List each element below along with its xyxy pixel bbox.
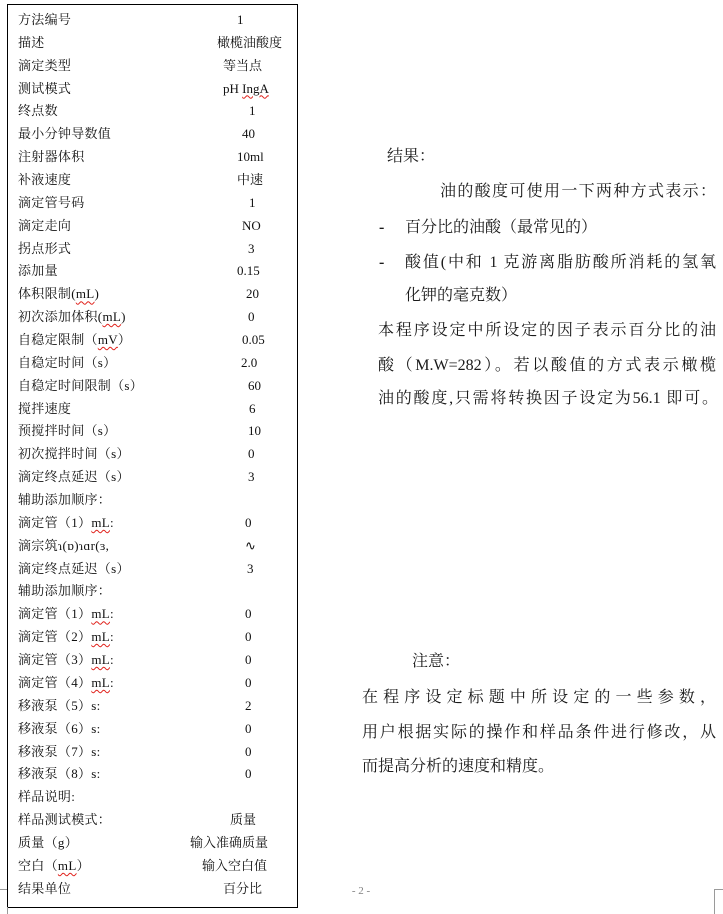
param-row-initial-stir-time: 初次搅拌时间（s）0	[8, 443, 297, 466]
param-label: 滴定管号码	[18, 192, 85, 215]
param-label: 空白（mL）	[18, 855, 90, 878]
param-label: 自稳定限制（mV）	[18, 329, 131, 352]
param-value: 3	[248, 466, 255, 489]
note-line-3: 而提高分析的速度和精度。	[362, 757, 554, 777]
spellcheck-flagged-word: mL	[91, 606, 110, 621]
param-row-addition-amount: 添加量0.15	[8, 260, 297, 283]
param-value: 40	[242, 123, 255, 146]
bullet-item-acid-value-line-2: 化钾的毫克数）	[405, 286, 517, 306]
param-value: 60	[248, 375, 261, 398]
param-label: 结果单位	[18, 878, 71, 901]
page-number: - 2 -	[347, 884, 375, 898]
param-label: 移液泵（5）s:	[18, 695, 101, 718]
param-label: 方法编号	[18, 9, 71, 32]
param-row-burette-1: 滴定管（1）mL:0	[8, 512, 297, 535]
param-value: 0	[245, 741, 252, 764]
param-row-inflection-form: 拐点形式3	[8, 238, 297, 261]
param-row-garbled: 滴宗筑ɿ(ɒ)ɿɑr(ɜ,∿	[8, 535, 297, 558]
param-label: 滴定终点延迟（s）	[18, 466, 130, 489]
param-row-stability-limit: 自稳定限制（mV）0.05	[8, 329, 297, 352]
param-section-label: 样品说明:	[18, 786, 75, 809]
note-line-1: 在程序设定标题中所设定的一些参数，	[362, 688, 716, 708]
spellcheck-flagged-word: mL	[58, 858, 77, 873]
param-label: 测试模式	[18, 78, 71, 101]
param-row-pipette-pump-6: 移液泵（6）s:0	[8, 718, 297, 741]
param-label: 滴定管（3）mL:	[18, 649, 114, 672]
param-value: 输入准确质量	[190, 832, 268, 855]
spellcheck-flagged-word: mL	[91, 675, 110, 690]
param-row-sample-test-mode: 样品测试模式：质量	[8, 809, 297, 832]
bullet-marker: -	[379, 253, 384, 273]
param-row-aux-addition-order-2: 辅助添加顺序：	[8, 580, 297, 603]
param-value: 等当点	[223, 55, 262, 78]
param-label: 添加量	[18, 260, 58, 283]
param-row-burette-number: 滴定管号码1	[8, 192, 297, 215]
param-value: NO	[242, 215, 261, 238]
param-label: 体积限制(mL)	[18, 283, 99, 306]
param-value: 1	[249, 192, 256, 215]
param-value: 0	[245, 649, 252, 672]
param-label: 描述	[18, 32, 45, 55]
method-parameter-table: 方法编号1 描述橄榄油酸度 滴定类型等当点 测试模式pH IngA 终点数1 最…	[7, 4, 298, 908]
param-value: 0.05	[242, 329, 265, 352]
param-value: 3	[247, 558, 254, 581]
param-row-initial-addition-volume: 初次添加体积(mL)0	[8, 306, 297, 329]
spellcheck-flagged-word: mL	[102, 309, 121, 324]
param-label: 自稳定时间（s）	[18, 352, 116, 375]
param-value: 0	[245, 512, 252, 535]
bullet-marker: -	[379, 218, 384, 238]
param-row-syringe-volume: 注射器体积10ml	[8, 146, 297, 169]
param-value: 20	[246, 283, 259, 306]
param-label: 自稳定时间限制（s）	[18, 375, 143, 398]
param-row-description: 描述橄榄油酸度	[8, 32, 297, 55]
param-label: 终点数	[18, 100, 58, 123]
param-row-min-derivative: 最小分钟导数值40	[8, 123, 297, 146]
param-section-label: 辅助添加顺序：	[18, 580, 111, 603]
param-row-burette-2: 滴定管（2）mL:0	[8, 626, 297, 649]
param-row-titration-direction: 滴定走向NO	[8, 215, 297, 238]
param-value: 2.0	[241, 352, 257, 375]
param-label: 滴定管（1）mL:	[18, 512, 114, 535]
param-row-pipette-pump-8: 移液泵（8）s:0	[8, 763, 297, 786]
param-label: 初次添加体积(mL)	[18, 306, 126, 329]
param-row-pipette-pump-7: 移液泵（7）s:0	[8, 741, 297, 764]
param-value: 6	[249, 398, 256, 421]
param-row-stability-time-limit: 自稳定时间限制（s）60	[8, 375, 297, 398]
param-row-blank: 空白（mL）输入空白值	[8, 855, 297, 878]
param-value: ∿	[245, 535, 256, 558]
param-value: 质量	[230, 809, 256, 832]
param-row-mass: 质量（g）输入准确质量	[8, 832, 297, 855]
param-value: 0	[245, 672, 252, 695]
results-intro: 油的酸度可使用一下两种方式表示：	[440, 182, 716, 202]
bullet-item-acid-value-line-1: 酸值(中和 1 克游离脂肪酸所消耗的氢氧	[405, 253, 716, 273]
param-value: 0	[245, 763, 252, 786]
param-label: 质量（g）	[18, 832, 78, 855]
results-paragraph-line-1: 本程序设定中所设定的因子表示百分比的油	[378, 321, 716, 341]
param-row-pre-stir-time: 预搅拌时间（s）10	[8, 420, 297, 443]
param-label: 滴定管（2）mL:	[18, 626, 114, 649]
param-value: 0	[248, 443, 255, 466]
param-row-volume-limit: 体积限制(mL)20	[8, 283, 297, 306]
param-value: 1	[249, 100, 256, 123]
param-label: 移液泵（7）s:	[18, 741, 101, 764]
param-row-pipette-pump-5: 移液泵（5）s:2	[8, 695, 297, 718]
param-value: 10ml	[237, 146, 264, 169]
crop-mark-left-horizontal	[0, 889, 7, 890]
param-row-method-number: 方法编号1	[8, 9, 297, 32]
param-label: 滴定管（1）mL:	[18, 603, 114, 626]
param-label: 滴定走向	[18, 215, 71, 238]
param-value: 中速	[237, 169, 263, 192]
param-row-sample-description: 样品说明:	[8, 786, 297, 809]
param-row-titration-type: 滴定类型等当点	[8, 55, 297, 78]
param-row-endpoint-delay-2: 滴定终点延迟（s）3	[8, 558, 297, 581]
spellcheck-flagged-word: mL	[91, 629, 110, 644]
param-row-refill-speed: 补液速度中速	[8, 169, 297, 192]
param-label: 滴定类型	[18, 55, 71, 78]
param-label: 最小分钟导数值	[18, 123, 111, 146]
param-row-test-mode: 测试模式pH IngA	[8, 78, 297, 101]
param-label: 注射器体积	[18, 146, 85, 169]
param-value: 0	[245, 626, 252, 649]
param-row-endpoint-count: 终点数1	[8, 100, 297, 123]
spellcheck-flagged-word: mL	[76, 286, 95, 301]
param-row-stir-speed: 搅拌速度6	[8, 398, 297, 421]
spellcheck-flagged-word: mV	[98, 332, 118, 347]
param-label: 搅拌速度	[18, 398, 71, 421]
param-value: 0.15	[237, 260, 260, 283]
param-row-result-unit: 结果单位百分比	[8, 878, 297, 901]
spellcheck-flagged-word: IngA	[242, 81, 269, 96]
param-value: 1	[237, 9, 244, 32]
crop-mark-left-vertical	[7, 907, 8, 914]
param-label: 移液泵（6）s:	[18, 718, 101, 741]
param-label: 样品测试模式：	[18, 809, 111, 832]
crop-mark-right-vertical	[714, 889, 715, 914]
spellcheck-flagged-word: mL	[91, 515, 110, 530]
param-row-burette-3: 滴定管（3）mL:0	[8, 649, 297, 672]
param-value: 输入空白值	[202, 855, 267, 878]
param-label: 滴宗筑ɿ(ɒ)ɿɑr(ɜ,	[18, 535, 109, 558]
param-value: 百分比	[223, 878, 262, 901]
param-value: 0	[245, 718, 252, 741]
param-label: 初次搅拌时间（s）	[18, 443, 130, 466]
results-heading: 结果：	[387, 147, 435, 167]
param-value: 10	[248, 420, 261, 443]
bullet-item-percent-oleic: 百分比的油酸（最常见的）	[405, 218, 597, 238]
param-value: pH IngA	[223, 78, 269, 101]
results-paragraph-line-2: 酸（M.W=282）。若以酸值的方式表示橄榄	[378, 356, 716, 376]
param-label: 滴定管（4）mL:	[18, 672, 114, 695]
param-value: 0	[245, 603, 252, 626]
spellcheck-flagged-word: mL	[91, 652, 110, 667]
param-label: 补液速度	[18, 169, 71, 192]
param-row-endpoint-delay: 滴定终点延迟（s）3	[8, 466, 297, 489]
param-value: 橄榄油酸度	[217, 32, 282, 55]
param-section-label: 辅助添加顺序：	[18, 489, 111, 512]
param-label: 滴定终点延迟（s）	[18, 558, 130, 581]
param-row-burette-1b: 滴定管（1）mL:0	[8, 603, 297, 626]
param-row-stability-time: 自稳定时间（s）2.0	[8, 352, 297, 375]
param-value: 0	[248, 306, 255, 329]
param-row-aux-addition-order: 辅助添加顺序：	[8, 489, 297, 512]
note-heading: 注意：	[412, 652, 460, 672]
crop-mark-right-horizontal	[714, 889, 723, 890]
param-label: 拐点形式	[18, 238, 71, 261]
results-paragraph-line-3: 油的酸度,只需将转换因子设定为56.1 即可。	[378, 389, 718, 409]
param-label: 移液泵（8）s:	[18, 763, 101, 786]
param-value: 3	[248, 238, 255, 261]
note-line-2: 用户根据实际的操作和样品条件进行修改，从	[362, 723, 716, 743]
param-value: 2	[245, 695, 252, 718]
param-label: 预搅拌时间（s）	[18, 420, 116, 443]
param-row-burette-4: 滴定管（4）mL:0	[8, 672, 297, 695]
